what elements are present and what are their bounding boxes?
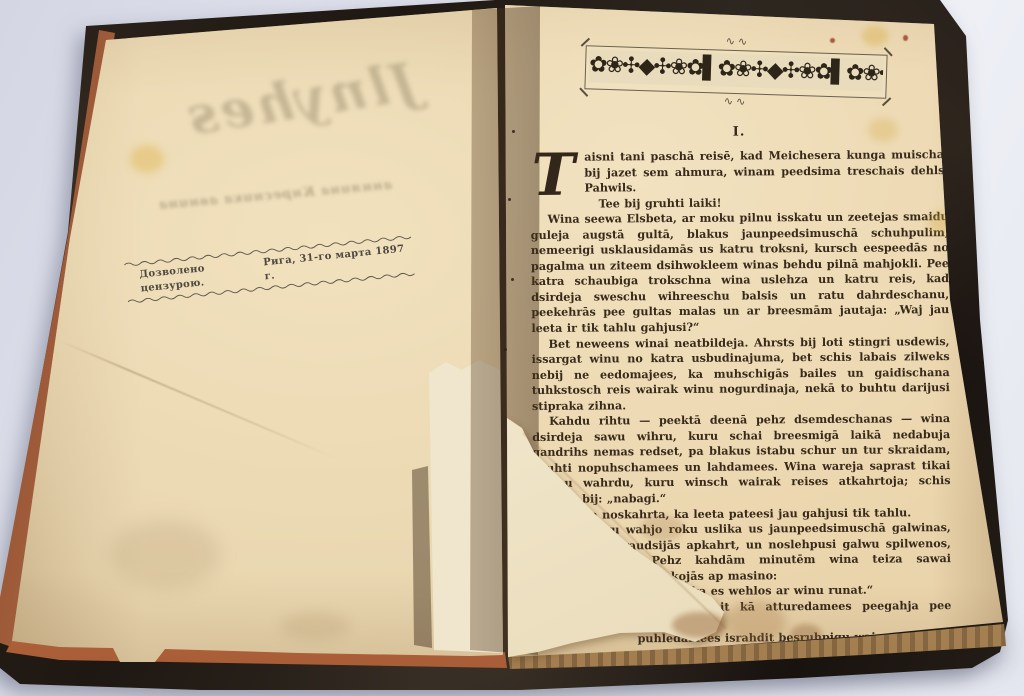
torn-paper-fragment bbox=[0, 0, 1024, 696]
torn-paper-fragment-wrap bbox=[0, 0, 1024, 696]
book-photograph: Jlnyhes анняина Кнресника авнина Дозволе… bbox=[0, 0, 1024, 696]
stain bbox=[672, 612, 726, 638]
